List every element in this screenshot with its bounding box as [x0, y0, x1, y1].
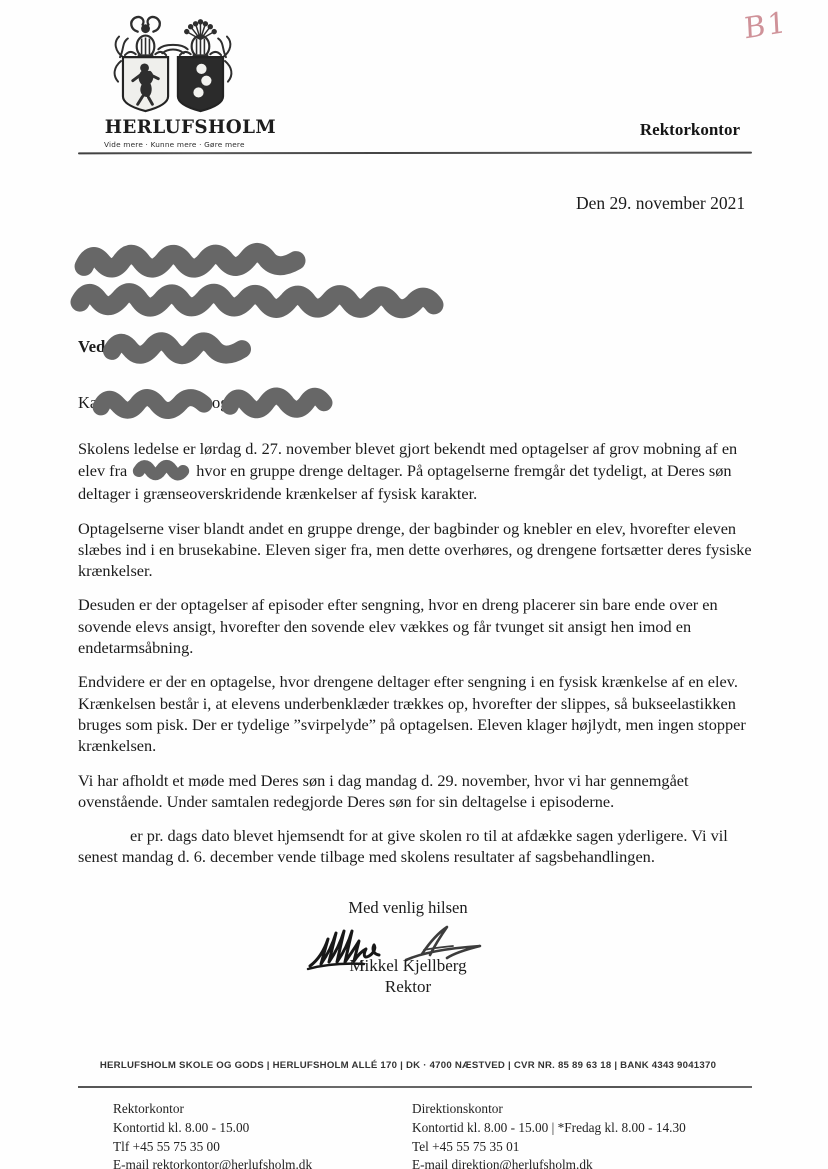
- footer-direktionskontor-phone: Tel +45 55 75 35 01: [412, 1138, 686, 1157]
- footer-divider: [78, 1086, 752, 1088]
- footer-direktionskontor: Direktionskontor Kontortid kl. 8.00 - 15…: [412, 1100, 686, 1169]
- logo-tagline: Vide mere · Kunne mere · Gøre mere: [104, 140, 242, 149]
- paragraph-1: Skolens ledelse er lørdag d. 27. novembe…: [78, 438, 760, 505]
- footer-direktionskontor-email: E-mail direktion@herlufsholm.dk: [412, 1156, 686, 1169]
- paragraph-6: er pr. dags dato blevet hjemsendt for at…: [78, 825, 760, 868]
- redaction-scribble-subject: [102, 330, 254, 368]
- scanned-letter-page: HERLUFSHOLM Vide mere · Kunne mere · Gør…: [0, 0, 828, 1169]
- footer-rektorkontor: Rektorkontor Kontortid kl. 8.00 - 15.00 …: [113, 1100, 312, 1169]
- footer-rektorkontor-phone: Tlf +45 55 75 35 00: [113, 1138, 312, 1157]
- logo-wordmark: HERLUFSHOLM: [105, 117, 242, 138]
- footer-rektorkontor-title: Rektorkontor: [113, 1100, 312, 1119]
- coat-of-arms-icon: [109, 12, 237, 116]
- paragraph-3: Desuden er der optagelser af episoder ef…: [78, 594, 760, 658]
- footer-rektorkontor-hours: Kontortid kl. 8.00 - 15.00: [113, 1119, 312, 1138]
- paragraph-5: Vi har afholdt et møde med Deres søn i d…: [78, 770, 760, 813]
- redaction-scribble-name-2: [221, 385, 334, 424]
- redaction-scribble-address-1: [72, 240, 309, 283]
- signer-title: Rektor: [78, 977, 738, 997]
- letter-body: Skolens ledelse er lørdag d. 27. novembe…: [78, 438, 760, 881]
- paragraph-4: Endvidere er der en optagelse, hvor dren…: [78, 671, 760, 756]
- redaction-scribble-address-2: [68, 281, 448, 323]
- footer-direktionskontor-title: Direktionskontor: [412, 1100, 686, 1119]
- letter-date: Den 29. november 2021: [576, 193, 745, 214]
- redaction-scribble-inline: [129, 459, 193, 483]
- signer-name: Mikkel Kjellberg: [78, 956, 738, 976]
- redaction-scribble-name-1: [92, 387, 215, 423]
- footer-direktionskontor-hours: Kontortid kl. 8.00 - 15.00 | *Fredag kl.…: [412, 1119, 686, 1138]
- handwritten-exhibit-mark: B1: [743, 5, 788, 46]
- footer-rektorkontor-email: E-mail rektorkontor@herlufsholm.dk: [113, 1156, 312, 1169]
- paragraph-2: Optagelserne viser blandt andet en grupp…: [78, 518, 760, 582]
- school-logo: HERLUFSHOLM Vide mere · Kunne mere · Gør…: [104, 12, 242, 149]
- header-divider: [78, 152, 752, 155]
- footer-org-line: HERLUFSHOLM SKOLE OG GODS | HERLUFSHOLM …: [78, 1060, 738, 1071]
- office-label: Rektorkontor: [562, 120, 740, 140]
- valediction: Med venlig hilsen: [78, 898, 738, 918]
